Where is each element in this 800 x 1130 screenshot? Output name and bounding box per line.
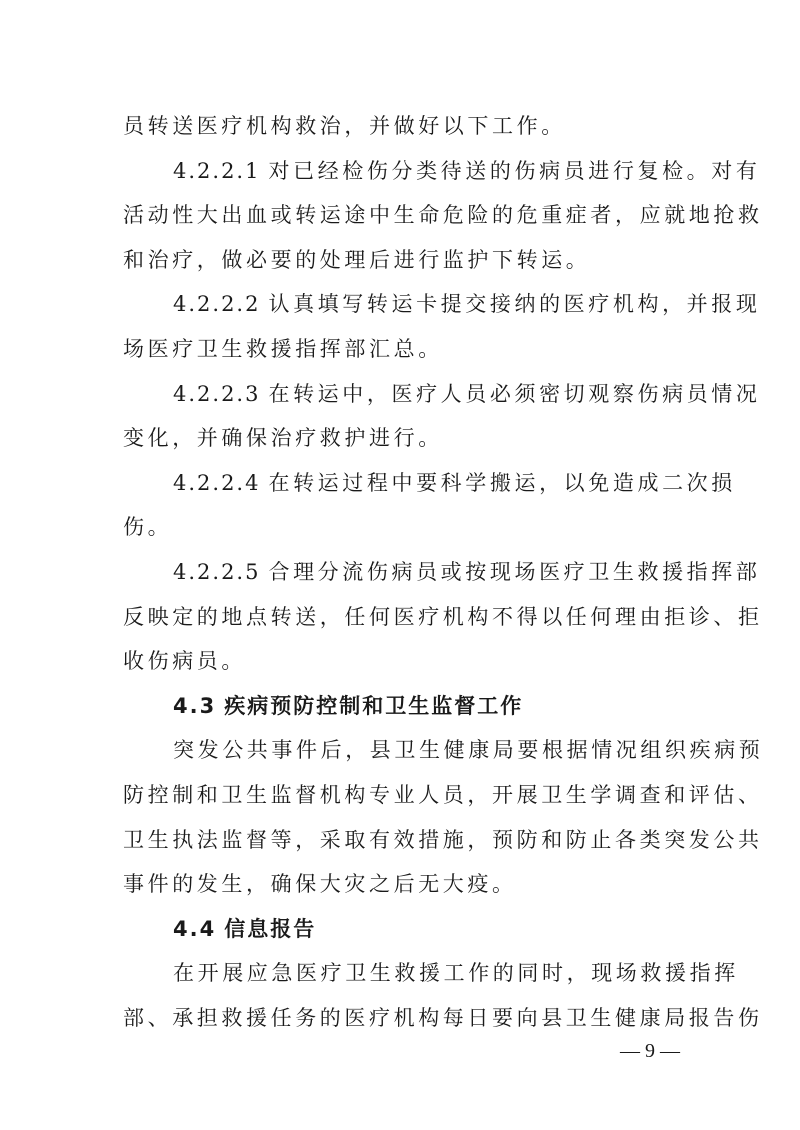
line-text: 合理分流伤病员或按现场医疗卫生救援指挥部 xyxy=(268,560,760,584)
section-number: 4.4 xyxy=(173,917,216,941)
line-text: 事件的发生，确保大灾之后无大疫。 xyxy=(123,872,517,896)
paragraph-line: 变化，并确保治疗救护进行。 xyxy=(123,416,679,461)
clause-number: 4.2.2.4 xyxy=(173,471,260,495)
paragraph-line: 事件的发生，确保大灾之后无大疫。 xyxy=(123,862,679,907)
paragraph-line: 防控制和卫生监督机构专业人员，开展卫生学调查和评估、 xyxy=(123,773,679,818)
page-number: — 9 — xyxy=(600,1040,700,1063)
line-text: 部、承担救援任务的医疗机构每日要向县卫生健康局报告伤 xyxy=(123,1006,763,1030)
section-title: 疾病预防控制和卫生监督工作 xyxy=(224,694,523,718)
line-text: 认真填写转运卡提交接纳的医疗机构，并报现 xyxy=(268,292,760,316)
paragraph-line: 活动性大出血或转运途中生命危险的危重症者，应就地抢救 xyxy=(123,193,679,238)
clause-number: 4.2.2.2 xyxy=(173,292,260,316)
clause-number: 4.2.2.5 xyxy=(173,560,260,584)
paragraph-line: 反映定的地点转送，任何医疗机构不得以任何理由拒诊、拒 xyxy=(123,595,679,640)
paragraph-line: 伤。 xyxy=(123,505,679,550)
line-text: 对已经检伤分类待送的伤病员进行复检。对有 xyxy=(268,159,760,183)
paragraph-line: 突发公共事件后，县卫生健康局要根据情况组织疾病预 xyxy=(123,728,679,773)
section-heading-4-3: 4.3疾病预防控制和卫生监督工作 xyxy=(123,684,679,729)
paragraph-line: 和治疗，做必要的处理后进行监护下转运。 xyxy=(123,238,679,283)
paragraph-line: 卫生执法监督等，采取有效措施，预防和防止各类突发公共 xyxy=(123,818,679,863)
line-text: 伤。 xyxy=(123,515,172,539)
paragraph-line: 在开展应急医疗卫生救援工作的同时，现场救援指挥 xyxy=(123,951,679,996)
line-text: 反映定的地点转送，任何医疗机构不得以任何理由拒诊、拒 xyxy=(123,605,763,629)
section-title: 信息报告 xyxy=(224,917,316,941)
line-text: 活动性大出血或转运途中生命危险的危重症者，应就地抢救 xyxy=(123,203,763,227)
clause-number: 4.2.2.1 xyxy=(173,159,260,183)
clause-4-2-2-3: 4.2.2.3在转运中，医疗人员必须密切观察伤病员情况 xyxy=(123,372,679,417)
paragraph-line: 收伤病员。 xyxy=(123,639,679,684)
clause-4-2-2-5: 4.2.2.5合理分流伤病员或按现场医疗卫生救援指挥部 xyxy=(123,550,679,595)
paragraph-line: 场医疗卫生救援指挥部汇总。 xyxy=(123,327,679,372)
clause-4-2-2-4: 4.2.2.4在转运过程中要科学搬运，以免造成二次损 xyxy=(123,461,679,506)
clause-4-2-2-1: 4.2.2.1对已经检伤分类待送的伤病员进行复检。对有 xyxy=(123,149,679,194)
line-text: 卫生执法监督等，采取有效措施，预防和防止各类突发公共 xyxy=(123,828,763,852)
document-page: 员转送医疗机构救治，并做好以下工作。 4.2.2.1对已经检伤分类待送的伤病员进… xyxy=(123,104,679,1040)
section-number: 4.3 xyxy=(173,694,216,718)
clause-4-2-2-2: 4.2.2.2认真填写转运卡提交接纳的医疗机构，并报现 xyxy=(123,282,679,327)
clause-number: 4.2.2.3 xyxy=(173,382,260,406)
section-heading-4-4: 4.4信息报告 xyxy=(123,907,679,952)
line-text: 场医疗卫生救援指挥部汇总。 xyxy=(123,337,443,361)
line-text: 变化，并确保治疗救护进行。 xyxy=(123,426,443,450)
line-text: 在转运中，医疗人员必须密切观察伤病员情况 xyxy=(268,382,760,406)
line-text: 在转运过程中要科学搬运，以免造成二次损 xyxy=(268,471,735,495)
line-text: 员转送医疗机构救治，并做好以下工作。 xyxy=(123,114,566,138)
line-text: 收伤病员。 xyxy=(123,649,246,673)
line-text: 突发公共事件后，县卫生健康局要根据情况组织疾病预 xyxy=(173,738,763,762)
line-text: 防控制和卫生监督机构专业人员，开展卫生学调查和评估、 xyxy=(123,783,763,807)
paragraph-continuation: 员转送医疗机构救治，并做好以下工作。 xyxy=(123,104,679,149)
paragraph-line: 部、承担救援任务的医疗机构每日要向县卫生健康局报告伤 xyxy=(123,996,679,1041)
line-text: 和治疗，做必要的处理后进行监护下转运。 xyxy=(123,248,590,272)
line-text: 在开展应急医疗卫生救援工作的同时，现场救援指挥 xyxy=(173,961,739,985)
